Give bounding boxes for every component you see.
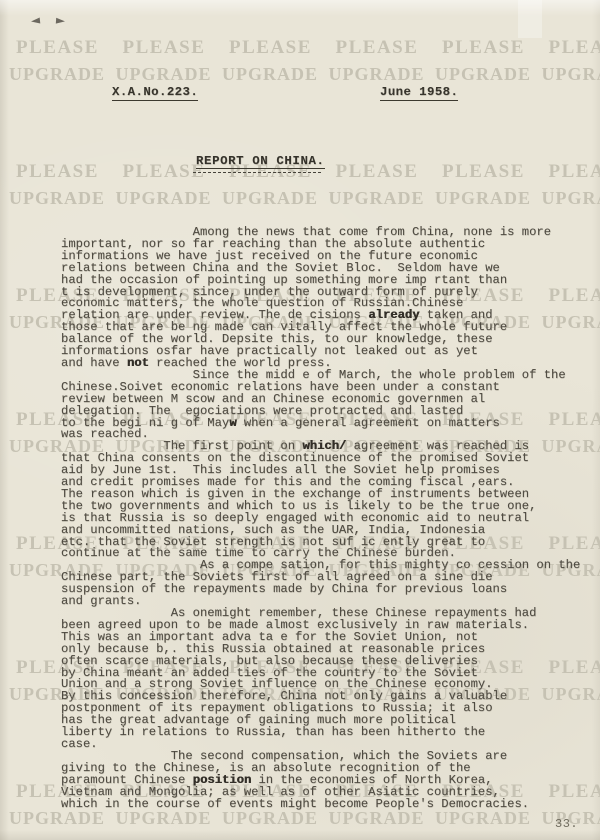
- scanned-document-page: PLEASEUPGRADEPLEASEUPGRADEPLEASEUPGRADEP…: [0, 0, 600, 840]
- body-paragraph: As a compe sation, for this mighty co ce…: [61, 560, 580, 608]
- scan-artifact-left: [31, 18, 41, 25]
- body-paragraph: Among the news that come from China, non…: [61, 227, 580, 370]
- document-body: Among the news that come from China, non…: [61, 227, 580, 810]
- body-paragraph: The first point on which/ agreement was …: [61, 441, 580, 560]
- scan-artifact-right: [56, 18, 65, 25]
- document-reference: X.A.No.223.: [112, 85, 198, 101]
- document-date: June 1958.: [380, 85, 458, 101]
- body-paragraph: As onemight remember, these Chinese repa…: [61, 608, 580, 751]
- body-paragraph: The second compensation, which the Sovie…: [61, 751, 580, 811]
- document-content: X.A.No.223. June 1958. REPORT ON CHINA. …: [0, 0, 600, 840]
- document-title: REPORT ON CHINA.: [196, 154, 325, 169]
- page-number: 33.: [555, 817, 578, 831]
- title-dashed-underline: [193, 172, 321, 173]
- body-paragraph: Since the midd e of March, the whole pro…: [61, 370, 580, 441]
